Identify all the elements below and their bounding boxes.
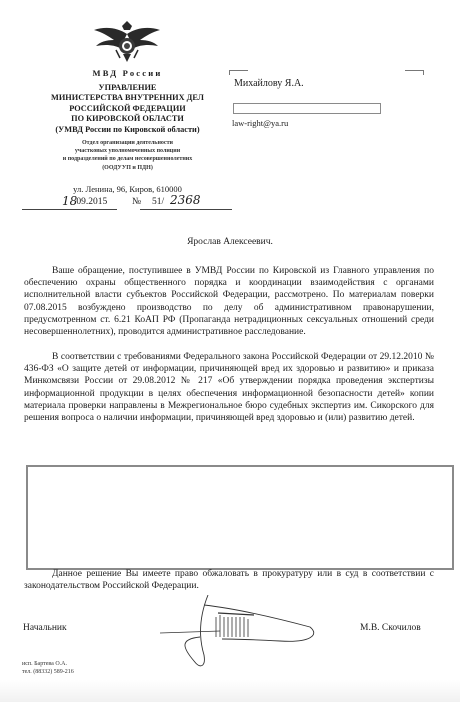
paragraph-text: Данное решение Вы имеете право обжаловат… xyxy=(24,568,434,592)
executor-phone: тел. (88332) 589-216 xyxy=(22,668,74,676)
department-line: Отдел организации деятельности xyxy=(20,139,235,147)
registration-date-printed: .09.2015 xyxy=(74,197,107,207)
registration-number-prefix: 51/ xyxy=(152,197,164,207)
org-full-name: УПРАВЛЕНИЕ МИНИСТЕРСТВА ВНУТРЕННИХ ДЕЛ Р… xyxy=(20,83,235,135)
org-address: ул. Ленина, 96, Киров, 610000 xyxy=(20,184,235,194)
number-underline xyxy=(140,209,232,210)
org-short-name: МВД России xyxy=(20,68,235,78)
paragraph-text: Ваше обращение, поступившее в УМВД Росси… xyxy=(24,265,434,338)
handwritten-signature-icon xyxy=(160,595,320,675)
department-line: и подразделений по делам несовершеннолет… xyxy=(20,155,235,163)
date-underline xyxy=(22,209,117,210)
letter-page: МВД России УПРАВЛЕНИЕ МИНИСТЕРСТВА ВНУТР… xyxy=(0,0,460,702)
redacted-text-block xyxy=(26,465,454,570)
signatory-title: Начальник xyxy=(23,623,67,633)
address-corner-mark xyxy=(405,70,424,75)
salutation: Ярослав Алексеевич. xyxy=(0,237,460,247)
letter-paragraph-1: Ваше обращение, поступившее в УМВД Росси… xyxy=(24,265,434,338)
executor-info: исп. Бартева О.А. тел. (88332) 589-216 xyxy=(22,660,74,676)
recipient-name: Михайлову Я.А. xyxy=(234,78,304,89)
paragraph-text: В соответствии с требованиями Федерально… xyxy=(24,351,434,424)
org-name-line: (УМВД России по Кировской области) xyxy=(20,125,235,135)
org-name-line: УПРАВЛЕНИЕ xyxy=(20,83,235,93)
recipient-email: law-right@ya.ru xyxy=(232,118,288,128)
registration-number-label: № xyxy=(132,197,141,207)
registration-number-handwritten: 2368 xyxy=(170,193,201,207)
department-line: (ООДУУП и ПДН) xyxy=(20,164,235,172)
redacted-address-field xyxy=(233,103,381,114)
letter-paragraph-2: В соответствии с требованиями Федерально… xyxy=(24,351,434,424)
department-line: участковых уполномоченных полиции xyxy=(20,147,235,155)
signatory-name: М.В. Скочилов xyxy=(360,623,421,633)
registration-line: 18 .09.2015 № 51/ 2368 xyxy=(22,196,232,212)
executor-name: исп. Бартева О.А. xyxy=(22,660,74,668)
letter-paragraph-3: Данное решение Вы имеете право обжаловат… xyxy=(24,568,434,592)
department-name: Отдел организации деятельности участковы… xyxy=(20,139,235,172)
double-headed-eagle-emblem-icon xyxy=(92,20,162,64)
org-name-line: ПО КИРОВСКОЙ ОБЛАСТИ xyxy=(20,114,235,124)
address-corner-mark xyxy=(229,70,248,75)
org-name-line: РОССИЙСКОЙ ФЕДЕРАЦИИ xyxy=(20,104,235,114)
org-name-line: МИНИСТЕРСТВА ВНУТРЕННИХ ДЕЛ xyxy=(20,93,235,103)
scan-edge-shadow xyxy=(0,680,460,702)
